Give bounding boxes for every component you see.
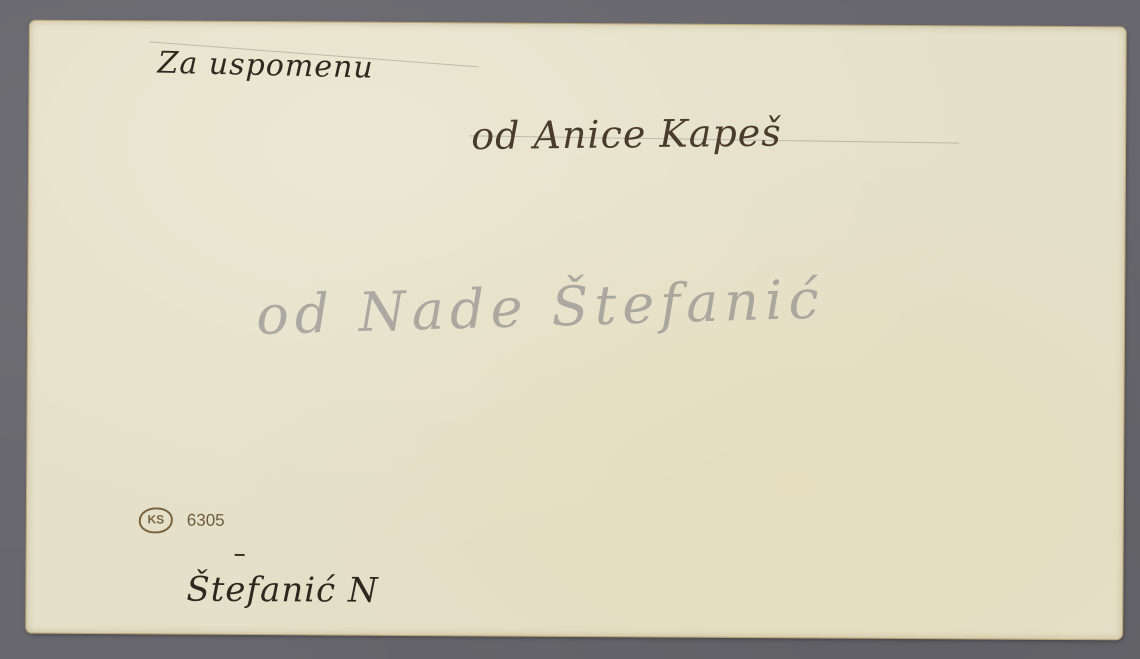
printer-mark: KS 6305 xyxy=(139,507,225,534)
inscription-line-2: od Anice Kapeš xyxy=(471,111,782,159)
caron-mark xyxy=(235,554,245,556)
card: Za uspomenu od Anice Kapeš od Nade Štefa… xyxy=(26,21,1126,640)
pencil-inscription: od Nade Štefanić xyxy=(255,268,825,347)
signature: Štefanić N xyxy=(186,570,379,611)
inscription-line-1: Za uspomenu xyxy=(157,46,374,86)
printer-number: 6305 xyxy=(187,511,225,531)
printer-logo-icon: KS xyxy=(139,507,173,533)
